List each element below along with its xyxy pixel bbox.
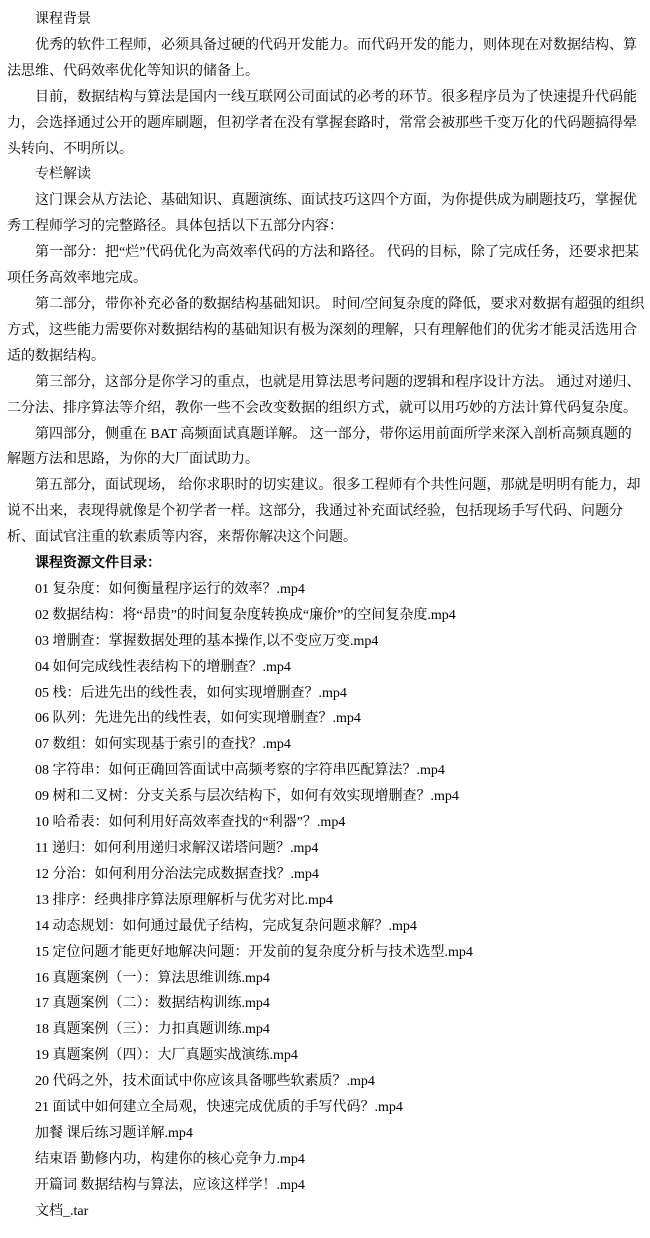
file-list-item: 17 真题案例（二）：数据结构训练.mp4 [7,991,645,1017]
file-list-item: 16 真题案例（一）：算法思维训练.mp4 [7,966,645,992]
file-list-item: 结束语 勤修内功，构建你的核心竞争力.mp4 [7,1147,645,1173]
file-list-item: 04 如何完成线性表结构下的增删查？.mp4 [7,655,645,681]
file-list-item: 19 真题案例（四）：大厂真题实战演练.mp4 [7,1043,645,1069]
paragraph: 第四部分，侧重在 BAT 高频面试真题详解。 这一部分，带你运用前面所学来深入剖… [7,422,645,474]
paragraph: 第二部分，带你补充必备的数据结构基础知识。 时间/空间复杂度的降低，要求对数据有… [7,292,645,370]
document-page: 课程背景 优秀的软件工程师，必须具备过硬的代码开发能力。而代码开发的能力，则体现… [0,0,650,1225]
paragraph: 这门课会从方法论、基础知识、真题演练、面试技巧这四个方面，为你提供成为刷题技巧，… [7,188,645,240]
file-list-item: 18 真题案例（三）：力扣真题训练.mp4 [7,1017,645,1043]
file-list-item: 文档_.tar [7,1199,645,1225]
paragraph: 第一部分：把“烂”代码优化为高效率代码的方法和路径。 代码的目标，除了完成任务，… [7,240,645,292]
file-list-item: 13 排序：经典排序算法原理解析与优劣对比.mp4 [7,888,645,914]
file-list-item: 加餐 课后练习题详解.mp4 [7,1121,645,1147]
paragraph: 目前，数据结构与算法是国内一线互联网公司面试的必考的环节。很多程序员为了快速提升… [7,85,645,163]
file-list-item: 07 数组：如何实现基于索引的查找？.mp4 [7,732,645,758]
file-list-item: 14 动态规划：如何通过最优子结构，完成复杂问题求解？.mp4 [7,914,645,940]
file-list-item: 02 数据结构：将“昂贵”的时间复杂度转换成“廉价”的空间复杂度.mp4 [7,603,645,629]
paragraph: 第三部分，这部分是你学习的重点，也就是用算法思考问题的逻辑和程序设计方法。 通过… [7,370,645,422]
file-list-item: 12 分治：如何利用分治法完成数据查找？.mp4 [7,862,645,888]
file-list-item: 10 哈希表：如何利用好高效率查找的“利器”？.mp4 [7,810,645,836]
paragraph: 优秀的软件工程师，必须具备过硬的代码开发能力。而代码开发的能力，则体现在对数据结… [7,33,645,85]
heading-course-background: 课程背景 [7,7,645,33]
file-list-item: 20 代码之外，技术面试中你应该具备哪些软素质？.mp4 [7,1069,645,1095]
heading-column-guide: 专栏解读 [7,162,645,188]
file-list-item: 15 定位问题才能更好地解决问题：开发前的复杂度分析与技术选型.mp4 [7,940,645,966]
file-list-item: 11 递归：如何利用递归求解汉诺塔问题？.mp4 [7,836,645,862]
file-list-item: 开篇词 数据结构与算法，应该这样学！.mp4 [7,1173,645,1199]
paragraph: 第五部分，面试现场， 给你求职时的切实建议。很多工程师有个共性问题，那就是明明有… [7,473,645,551]
file-list-item: 05 栈：后进先出的线性表，如何实现增删查？.mp4 [7,681,645,707]
file-list-item: 21 面试中如何建立全局观，快速完成优质的手写代码？.mp4 [7,1095,645,1121]
file-list-heading: 课程资源文件目录： [7,551,645,577]
file-list-item: 03 增删查：掌握数据处理的基本操作,以不变应万变.mp4 [7,629,645,655]
file-list-item: 09 树和二叉树：分支关系与层次结构下，如何有效实现增删查？.mp4 [7,784,645,810]
file-list-item: 06 队列：先进先出的线性表，如何实现增删查？.mp4 [7,706,645,732]
file-list-item: 08 字符串：如何正确回答面试中高频考察的字符串匹配算法？.mp4 [7,758,645,784]
file-list-item: 01 复杂度：如何衡量程序运行的效率？.mp4 [7,577,645,603]
